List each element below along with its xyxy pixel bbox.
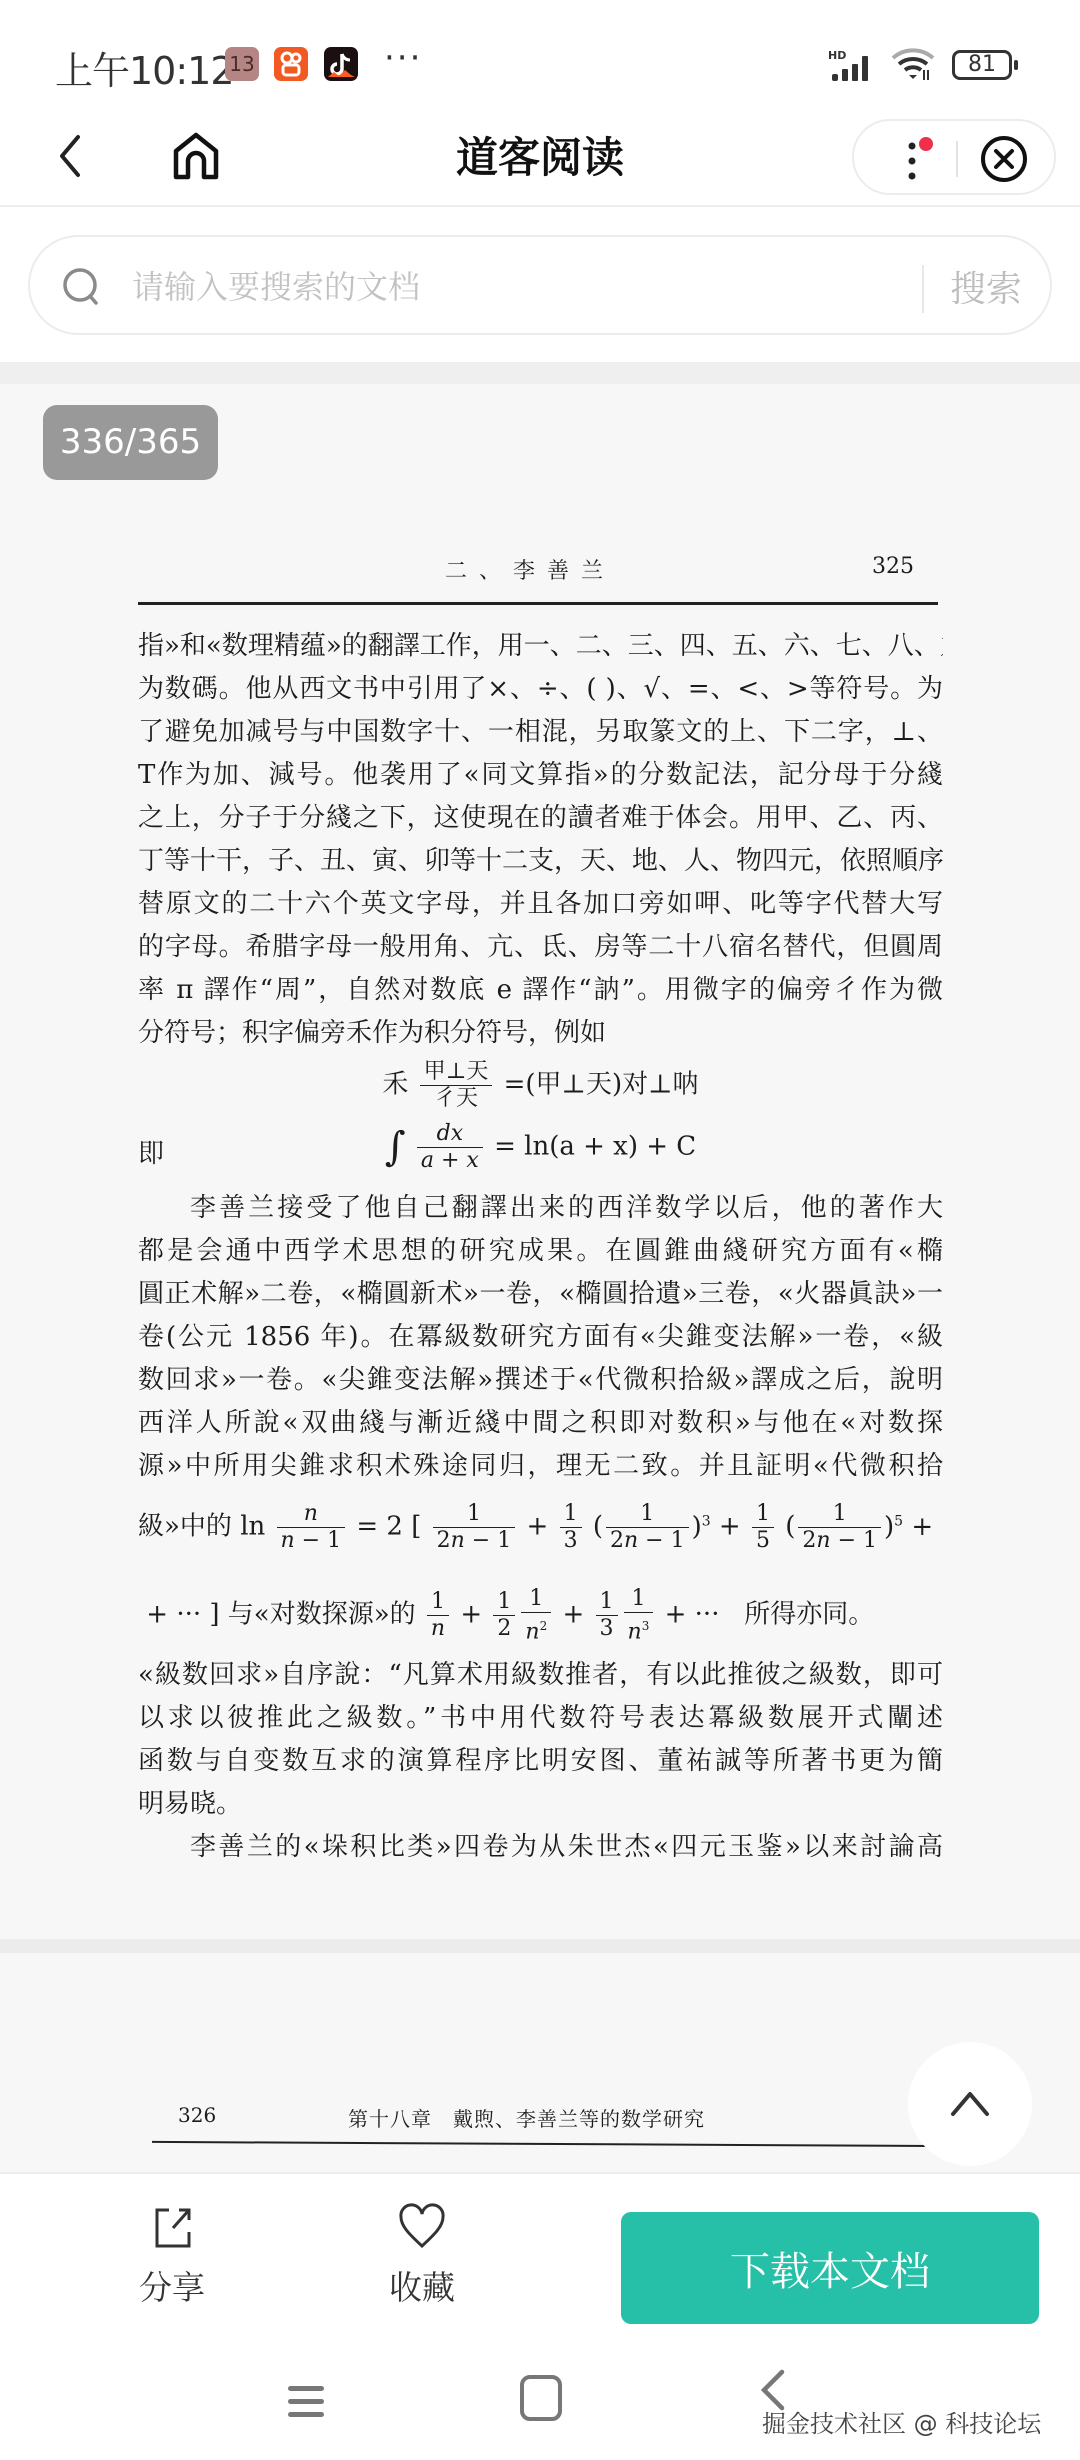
text-line: 都是会通中西学术思想的研究成果。在圓錐曲綫研究方面有«橢 bbox=[138, 1230, 943, 1273]
menu-icon[interactable] bbox=[286, 2382, 326, 2422]
mini-program-capsule bbox=[852, 119, 1056, 195]
more-vertical-icon[interactable] bbox=[904, 137, 934, 183]
formula-log-series: 級»中的 ln nn − 1 = 2 [ 12n − 1 + 13 (12n −… bbox=[138, 1488, 943, 1574]
text-line: 了避免加减号与中国数字十、一相混，另取篆文的上、下二字，⊥、 bbox=[138, 711, 943, 754]
app-13-icon: 13 bbox=[225, 47, 259, 81]
battery-icon: 81 bbox=[952, 50, 1012, 80]
status-bar: 上午10:12 13 ··· HD 81 bbox=[0, 0, 1080, 105]
page-body: 指»和«数理精蕴»的翻譯工作，用一、二、三、四、五、六、七、八、九、〇 为数碼。… bbox=[138, 625, 943, 1869]
header-rule bbox=[138, 602, 938, 605]
bottom-action-bar: 分享 收藏 下载本文档 bbox=[0, 2172, 1080, 2340]
nav-bar: 道客阅读 bbox=[0, 105, 1080, 207]
capsule-divider bbox=[956, 141, 958, 177]
text-line: 的字母。希腊字母一般用角、亢、氐、房等二十八宿名替代，但圓周 bbox=[138, 926, 943, 969]
text-line: 李善兰的«垛积比类»四卷为从朱世杰«四元玉鉴»以来討論高 bbox=[138, 1826, 943, 1869]
square-home-icon[interactable] bbox=[520, 2375, 562, 2421]
search-input[interactable] bbox=[132, 259, 912, 315]
download-document-button[interactable]: 下载本文档 bbox=[621, 2212, 1039, 2324]
document-page: 二、李善兰 325 指»和«数理精蕴»的翻譯工作，用一、二、三、四、五、六、七、… bbox=[0, 384, 1080, 1939]
text-line: 西洋人所說«双曲綫与漸近綫中間之积即对数积»与他在«对数探 bbox=[138, 1402, 943, 1445]
text-line: 圓正术解»二卷，«橢圓新术»一卷，«橢圓拾遺»三卷，«火器眞訣»一 bbox=[138, 1273, 943, 1316]
notification-dot bbox=[919, 137, 933, 151]
text-line: 卷(公元 1856 年)。在冪級数研究方面有«尖錐变法解»一卷，«級 bbox=[138, 1316, 943, 1359]
text-line: 分符号；积字偏旁禾作为积分符号，例如 bbox=[138, 1012, 943, 1055]
running-head-page: 326 bbox=[178, 2103, 216, 2127]
watermark: 掘金技术社区 @ 科技论坛 bbox=[762, 2404, 1041, 2439]
favorite-button[interactable]: 收藏 bbox=[362, 2202, 482, 2309]
text-line: 率 π 譯作“周”，自然对数底 e 譯作“訥”。用微字的偏旁彳作为微 bbox=[138, 969, 943, 1012]
document-reader[interactable]: 336/365 二、李善兰 325 指»和«数理精蕴»的翻譯工作，用一、二、三、… bbox=[0, 362, 1080, 2172]
text-line: 数回求»一卷。«尖錐变法解»撰述于«代微积拾級»譯成之后，說明 bbox=[138, 1359, 943, 1402]
running-head-page: 325 bbox=[872, 554, 914, 579]
text-line: 源»中所用尖錐求积术殊途同归，理无二致。并且証明«代微积拾 bbox=[138, 1445, 943, 1488]
text-line: 丁等十干，子、丑、寅、卯等十二支，天、地、人、物四元，依照順序代 bbox=[138, 840, 943, 883]
formula-log-series-cont: + ··· ] 与«对数探源»的 1n + 121n2 + 131n3 + ··… bbox=[138, 1574, 943, 1654]
text-line: 指»和«数理精蕴»的翻譯工作，用一、二、三、四、五、六、七、八、九、〇 bbox=[138, 625, 943, 668]
text-line: 李善兰接受了他自己翻譯出来的西洋数学以后，他的著作大 bbox=[138, 1187, 943, 1230]
text-line: 替原文的二十六个英文字母，并且各加口旁如呷、叱等字代替大写 bbox=[138, 883, 943, 926]
text-line: T作为加、減号。他袭用了«同文算指»的分数記法，記分母于分綫 bbox=[138, 754, 943, 797]
status-time: 上午10:12 bbox=[55, 40, 234, 95]
text-line: 之上，分子于分綫之下，这使現在的讀者难于体会。用甲、乙、丙、 bbox=[138, 797, 943, 840]
search-button[interactable]: 搜索 bbox=[950, 261, 1022, 312]
battery-level: 81 bbox=[968, 52, 996, 77]
share-icon bbox=[147, 2202, 197, 2252]
text-line: «級数回求»自序說：“凡算术用級数推者，有以此推彼之級数，即可 bbox=[138, 1654, 943, 1697]
page-separator bbox=[0, 1939, 1080, 1953]
heart-icon bbox=[397, 2202, 447, 2252]
system-navigation-bar: 掘金技术社区 @ 科技论坛 bbox=[0, 2340, 1080, 2460]
text-line: 函数与自变数互求的演算程序比明安图、董祐誠等所著书更为簡 bbox=[138, 1740, 943, 1783]
text-line: 明易晓。 bbox=[138, 1783, 943, 1826]
chevron-up-icon bbox=[950, 2086, 990, 2122]
search-icon bbox=[60, 265, 104, 309]
formula-integral: 即 ∫ dx a + x = ln(a + x) + C bbox=[138, 1121, 943, 1187]
running-head-title: 二、李善兰 bbox=[445, 554, 615, 585]
share-button[interactable]: 分享 bbox=[112, 2202, 232, 2309]
kuaishou-icon bbox=[274, 47, 308, 81]
scroll-to-top-button[interactable] bbox=[908, 2042, 1032, 2166]
fraction: dx a + x bbox=[417, 1121, 483, 1174]
svg-text:HD: HD bbox=[828, 49, 846, 62]
page-indicator: 336/365 bbox=[43, 405, 218, 480]
more-notifications-icon: ··· bbox=[384, 38, 422, 78]
running-head-title: 第十八章 戴煦、李善兰等的数学研究 bbox=[348, 2103, 705, 2132]
reader-top-band bbox=[0, 362, 1080, 384]
header-rule bbox=[152, 2141, 954, 2147]
share-label: 分享 bbox=[112, 2262, 232, 2309]
douyin-icon bbox=[324, 47, 358, 81]
wifi-icon bbox=[890, 46, 940, 82]
close-circle-icon[interactable] bbox=[980, 135, 1028, 183]
formula-chinese-integral: 禾 甲⊥天 彳天 =(甲⊥天)对⊥呐 bbox=[138, 1055, 943, 1121]
search-bar: 搜索 bbox=[28, 235, 1052, 335]
text-line: 为数碼。他从西文书中引用了×、÷、( )、√、=、<、>等符号。为 bbox=[138, 668, 943, 711]
favorite-label: 收藏 bbox=[362, 2262, 482, 2309]
text-line: 以求以彼推此之級数。”书中用代数符号表达冪級数展开式闡述 bbox=[138, 1697, 943, 1740]
fraction: 甲⊥天 彳天 bbox=[420, 1059, 493, 1112]
search-divider bbox=[922, 265, 924, 313]
signal-icon: HD bbox=[828, 48, 888, 82]
